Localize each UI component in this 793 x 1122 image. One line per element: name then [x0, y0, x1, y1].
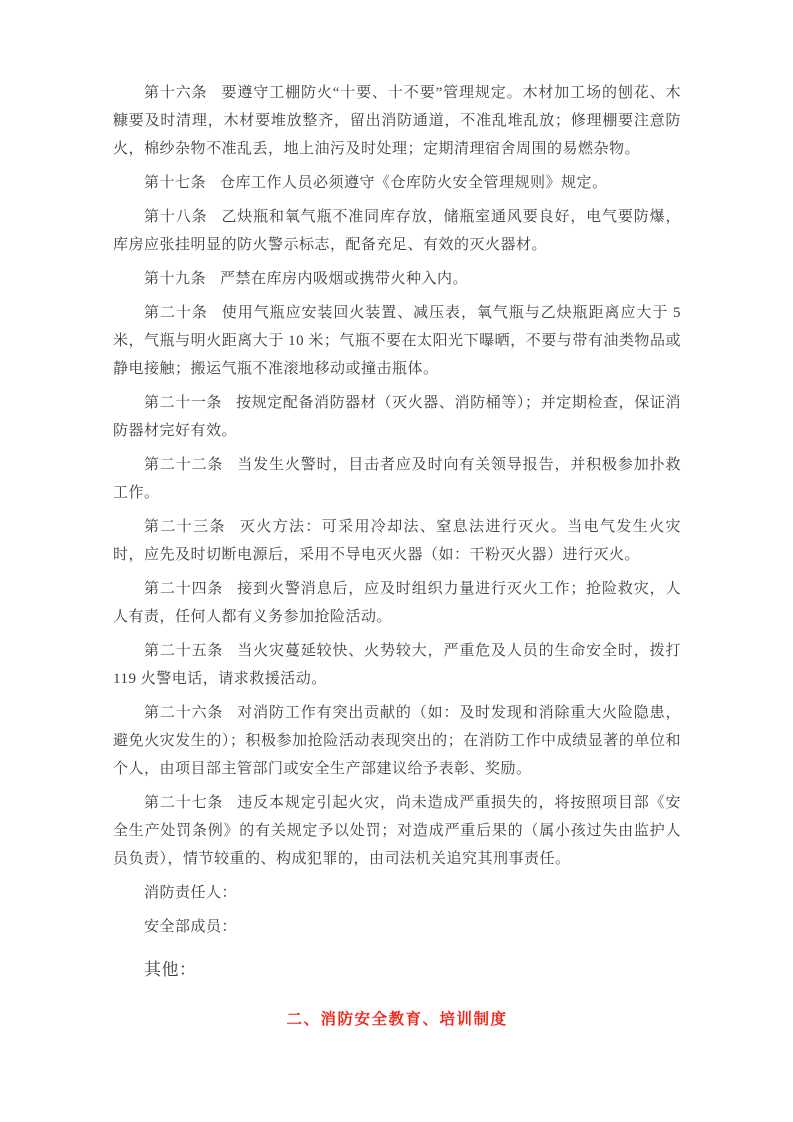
- article-paragraph: 第二十一条按规定配备消防器材（灭火器、消防桶等）；并定期检查，保证消防器材完好有…: [113, 389, 681, 445]
- article-number: 第十九条: [144, 271, 220, 287]
- article-text: 严禁在库房内吸烟或携带火种入内。: [220, 271, 468, 287]
- other-line: 其他：: [113, 955, 681, 985]
- signature-label: 消防责任人：: [144, 885, 237, 901]
- article-number: 第二十二条: [144, 457, 237, 473]
- article-paragraph: 第二十二条当发生火警时，目击者应及时向有关领导报告，并积极参加扑救工作。: [113, 451, 681, 507]
- article-text: 仓库工作人员必须遵守《仓库防火安全管理规则》规定。: [220, 175, 608, 191]
- article-number: 第二十一条: [144, 395, 236, 411]
- other-label: 其他：: [144, 960, 197, 979]
- article-number: 第十六条: [144, 85, 222, 101]
- article-paragraph: 第十七条仓库工作人员必须遵守《仓库防火安全管理规则》规定。: [113, 169, 681, 197]
- fire-responsible-person-line: 消防责任人：: [113, 879, 681, 907]
- document-page: 第十六条要遵守工棚防火“十要、十不要”管理规定。木材加工场的刨花、木糠要及时清理…: [0, 0, 793, 1122]
- article-paragraph: 第二十四条接到火警消息后，应及时组织力量进行灭火工作；抢险救灾，人人有责，任何人…: [113, 575, 681, 631]
- article-number: 第二十六条: [144, 705, 237, 721]
- section-heading: 二、消防安全教育、培训制度: [113, 1006, 681, 1034]
- signature-label: 安全部成员：: [144, 919, 237, 935]
- article-number: 第二十三条: [144, 519, 240, 535]
- article-paragraph: 第十八条乙炔瓶和氧气瓶不准同库存放，储瓶室通风要良好，电气要防爆，库房应张挂明显…: [113, 203, 681, 259]
- article-paragraph: 第十六条要遵守工棚防火“十要、十不要”管理规定。木材加工场的刨花、木糠要及时清理…: [113, 79, 681, 163]
- article-paragraph: 第二十七条违反本规定引起火灾，尚未造成严重损失的，将按照项目部《安全生产处罚条例…: [113, 789, 681, 873]
- article-paragraph: 第十九条严禁在库房内吸烟或携带火种入内。: [113, 265, 681, 293]
- article-number: 第二十七条: [144, 795, 237, 811]
- article-number: 第十八条: [144, 209, 221, 225]
- article-paragraph: 第二十三条灭火方法：可采用冷却法、窒息法进行灭火。当电气发生火灾时，应先及时切断…: [113, 513, 681, 569]
- article-number: 第二十四条: [144, 581, 237, 597]
- article-paragraph: 第二十六条对消防工作有突出贡献的（如：及时发现和消除重大火险隐患，避免火灾发生的…: [113, 699, 681, 783]
- safety-dept-members-line: 安全部成员：: [113, 913, 681, 941]
- article-number: 第十七条: [144, 175, 220, 191]
- article-number: 第二十条: [144, 305, 222, 321]
- article-paragraph: 第二十条使用气瓶应安装回火装置、减压表，氧气瓶与乙炔瓶距离应大于 5 米，气瓶与…: [113, 299, 681, 383]
- article-number: 第二十五条: [144, 643, 237, 659]
- article-paragraph: 第二十五条当火灾蔓延较快、火势较大，严重危及人员的生命安全时，拨打 119 火警…: [113, 637, 681, 693]
